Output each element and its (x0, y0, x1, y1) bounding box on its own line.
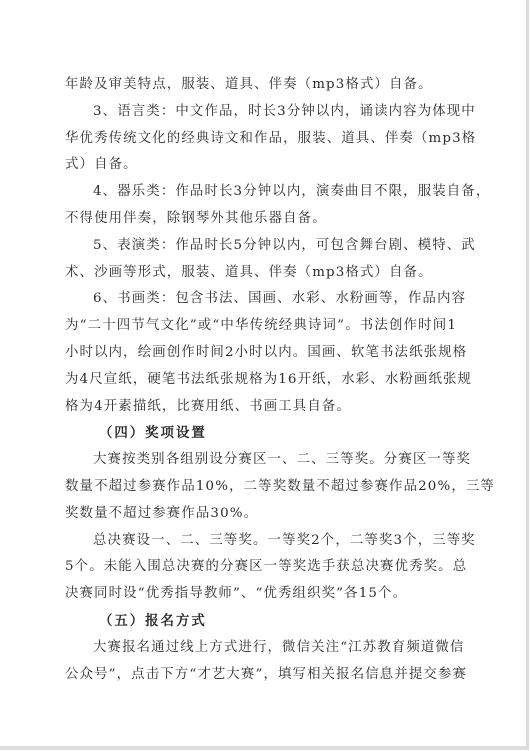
paragraph-line: 小时以内，绘画创作时间2小时以内。国画、软笔书法纸张规格 (65, 340, 457, 367)
paragraph-line: 式）自备。 (65, 152, 457, 179)
paragraph-line: 不得使用伴奏，除钢琴外其他乐器自备。 (65, 206, 457, 233)
paragraph-line: 为“二十四节气文化”或“中华传统经典诗词”。书法创作时间1 (65, 313, 457, 340)
paragraph-line: 年龄及审美特点，服装、道具、伴奏（mp3格式）自备。 (65, 72, 457, 99)
paragraph-line: 决赛同时设“优秀指导教师”、“优秀组织奖”各15个。 (65, 581, 457, 608)
paragraph-line-language-category: 3、语言类：中文作品，时长3分钟以内，诵读内容为体现中 (65, 99, 457, 126)
paragraph-line: 格为4开素描纸，比赛用纸、书画工具自备。 (65, 394, 457, 421)
paragraph-line: 5个。未能入围总决赛的分赛区一等奖选手获总决赛优秀奖。总 (65, 554, 457, 581)
paragraph-line-awards: 大赛按类别各组别设分赛区一、二、三等奖。分赛区一等奖 (65, 447, 457, 474)
paragraph-line: 公众号”，点击下方“才艺大赛”，填写相关报名信息并提交参赛 (65, 662, 457, 689)
paragraph-line-performance-category: 5、表演类：作品时长5分钟以内，可包含舞台剧、模特、武 (65, 233, 457, 260)
paragraph-line: 数量不超过参赛作品10%，二等奖数量不超过参赛作品20%，三等 (65, 474, 457, 501)
paragraph-line: 术、沙画等形式，服装、道具、伴奏（mp3格式）自备。 (65, 260, 457, 287)
paragraph-line: 为4尺宣纸，硬笔书法纸张规格为16开纸，水彩、水粉画纸张规 (65, 367, 457, 394)
document-body: 年龄及审美特点，服装、道具、伴奏（mp3格式）自备。 3、语言类：中文作品，时长… (65, 72, 457, 688)
section-heading-registration: （五）报名方式 (65, 608, 457, 635)
paragraph-line-instrumental-category: 4、器乐类：作品时长3分钟以内，演奏曲目不限，服装自备， (65, 179, 457, 206)
section-heading-awards: （四）奖项设置 (65, 420, 457, 447)
paragraph-line-finals-awards: 总决赛设一、二、三等奖。一等奖2个，二等奖3个，三等奖 (65, 528, 457, 555)
paragraph-line-calligraphy-painting-category: 6、书画类：包含书法、国画、水彩、水粉画等，作品内容 (65, 286, 457, 313)
paragraph-line: 华优秀传统文化的经典诗文和作品，服装、道具、伴奏（mp3格 (65, 126, 457, 153)
paragraph-line: 奖数量不超过参赛作品30%。 (65, 501, 457, 528)
paragraph-line-registration: 大赛报名通过线上方式进行，微信关注“江苏教育频道微信 (65, 635, 457, 662)
document-page: 年龄及审美特点，服装、道具、伴奏（mp3格式）自备。 3、语言类：中文作品，时长… (0, 0, 529, 750)
